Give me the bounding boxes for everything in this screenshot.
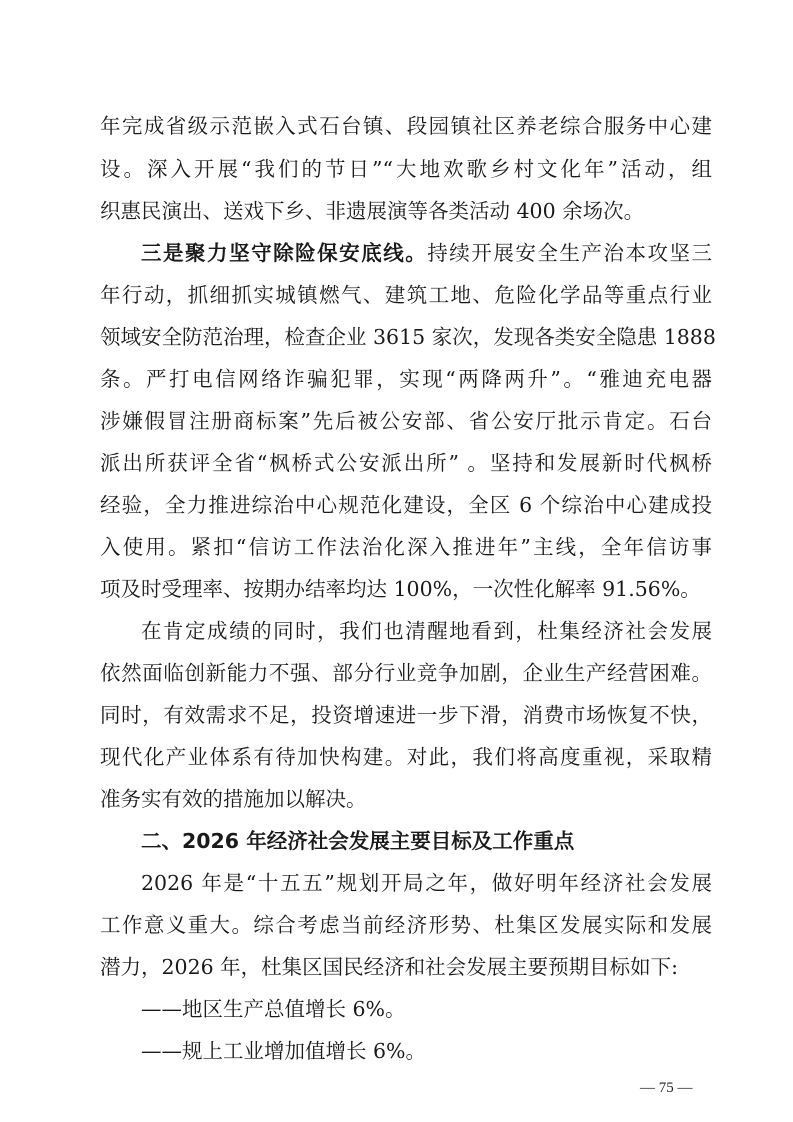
text-line: 项及时受理率、按期办结率均达 100%，一次性化解率 91.56%。: [100, 575, 712, 603]
text-line: 经验，全力推进综治中心规范化建设，全区 6 个综治中心建成投: [100, 491, 712, 519]
text-line: 涉嫌假冒注册商标案”先后被公安部、省公安厅批示肯定。石台: [100, 407, 712, 435]
text-line: 在肯定成绩的同时，我们也清醒地看到，杜集经济社会发展: [141, 617, 712, 645]
text-line: 设。深入开展“我们的节日”“大地欢歌乡村文化年”活动，组: [100, 155, 712, 183]
target-list-item: ——地区生产总值增长 6%。: [141, 995, 712, 1023]
page-number: — 75 —: [640, 1078, 693, 1098]
bold-lead-sentence: 三是聚力坚守除险保安底线。: [141, 241, 427, 265]
text-line: 同时，有效需求不足，投资增速进一步下滑，消费市场恢复不快，: [100, 701, 712, 729]
document-page: 年完成省级示范嵌入式石台镇、段园镇社区养老综合服务中心建 设。深入开展“我们的节…: [0, 0, 793, 1122]
text-line: 三是聚力坚守除险保安底线。持续开展安全生产治本攻坚三: [141, 239, 712, 267]
text-line: 派出所获评全省“枫桥式公安派出所” 。坚持和发展新时代枫桥: [100, 449, 712, 477]
text-line: 条。严打电信网络诈骗犯罪，实现“两降两升”。“雅迪充电器: [100, 365, 712, 393]
text-line: 2026 年是“十五五”规划开局之年，做好明年经济社会发展: [141, 869, 712, 897]
text-line: 准务实有效的措施加以解决。: [100, 785, 712, 813]
text-line: 入使用。紧扣“信访工作法治化深入推进年”主线，全年信访事: [100, 533, 712, 561]
text-line: 潜力，2026 年，杜集区国民经济和社会发展主要预期目标如下:: [100, 953, 712, 981]
text-line: 现代化产业体系有待加快构建。对此，我们将高度重视，采取精: [100, 743, 712, 771]
text-line: 领域安全防范治理，检查企业 3615 家次，发现各类安全隐患 1888: [100, 323, 712, 351]
section-heading: 二、2026 年经济社会发展主要目标及工作重点: [141, 827, 712, 855]
text-line: 年行动，抓细抓实城镇燃气、建筑工地、危险化学品等重点行业: [100, 281, 712, 309]
text-line: 依然面临创新能力不强、部分行业竞争加剧，企业生产经营困难。: [100, 659, 712, 687]
text-line: 年完成省级示范嵌入式石台镇、段园镇社区养老综合服务中心建: [100, 112, 712, 140]
text-span: 持续开展安全生产治本攻坚三: [427, 241, 712, 265]
text-line: 工作意义重大。综合考虑当前经济形势、杜集区发展实际和发展: [100, 911, 712, 939]
text-line: 织惠民演出、送戏下乡、非遗展演等各类活动 400 余场次。: [100, 197, 712, 225]
target-list-item: ——规上工业增加值增长 6%。: [141, 1037, 712, 1065]
